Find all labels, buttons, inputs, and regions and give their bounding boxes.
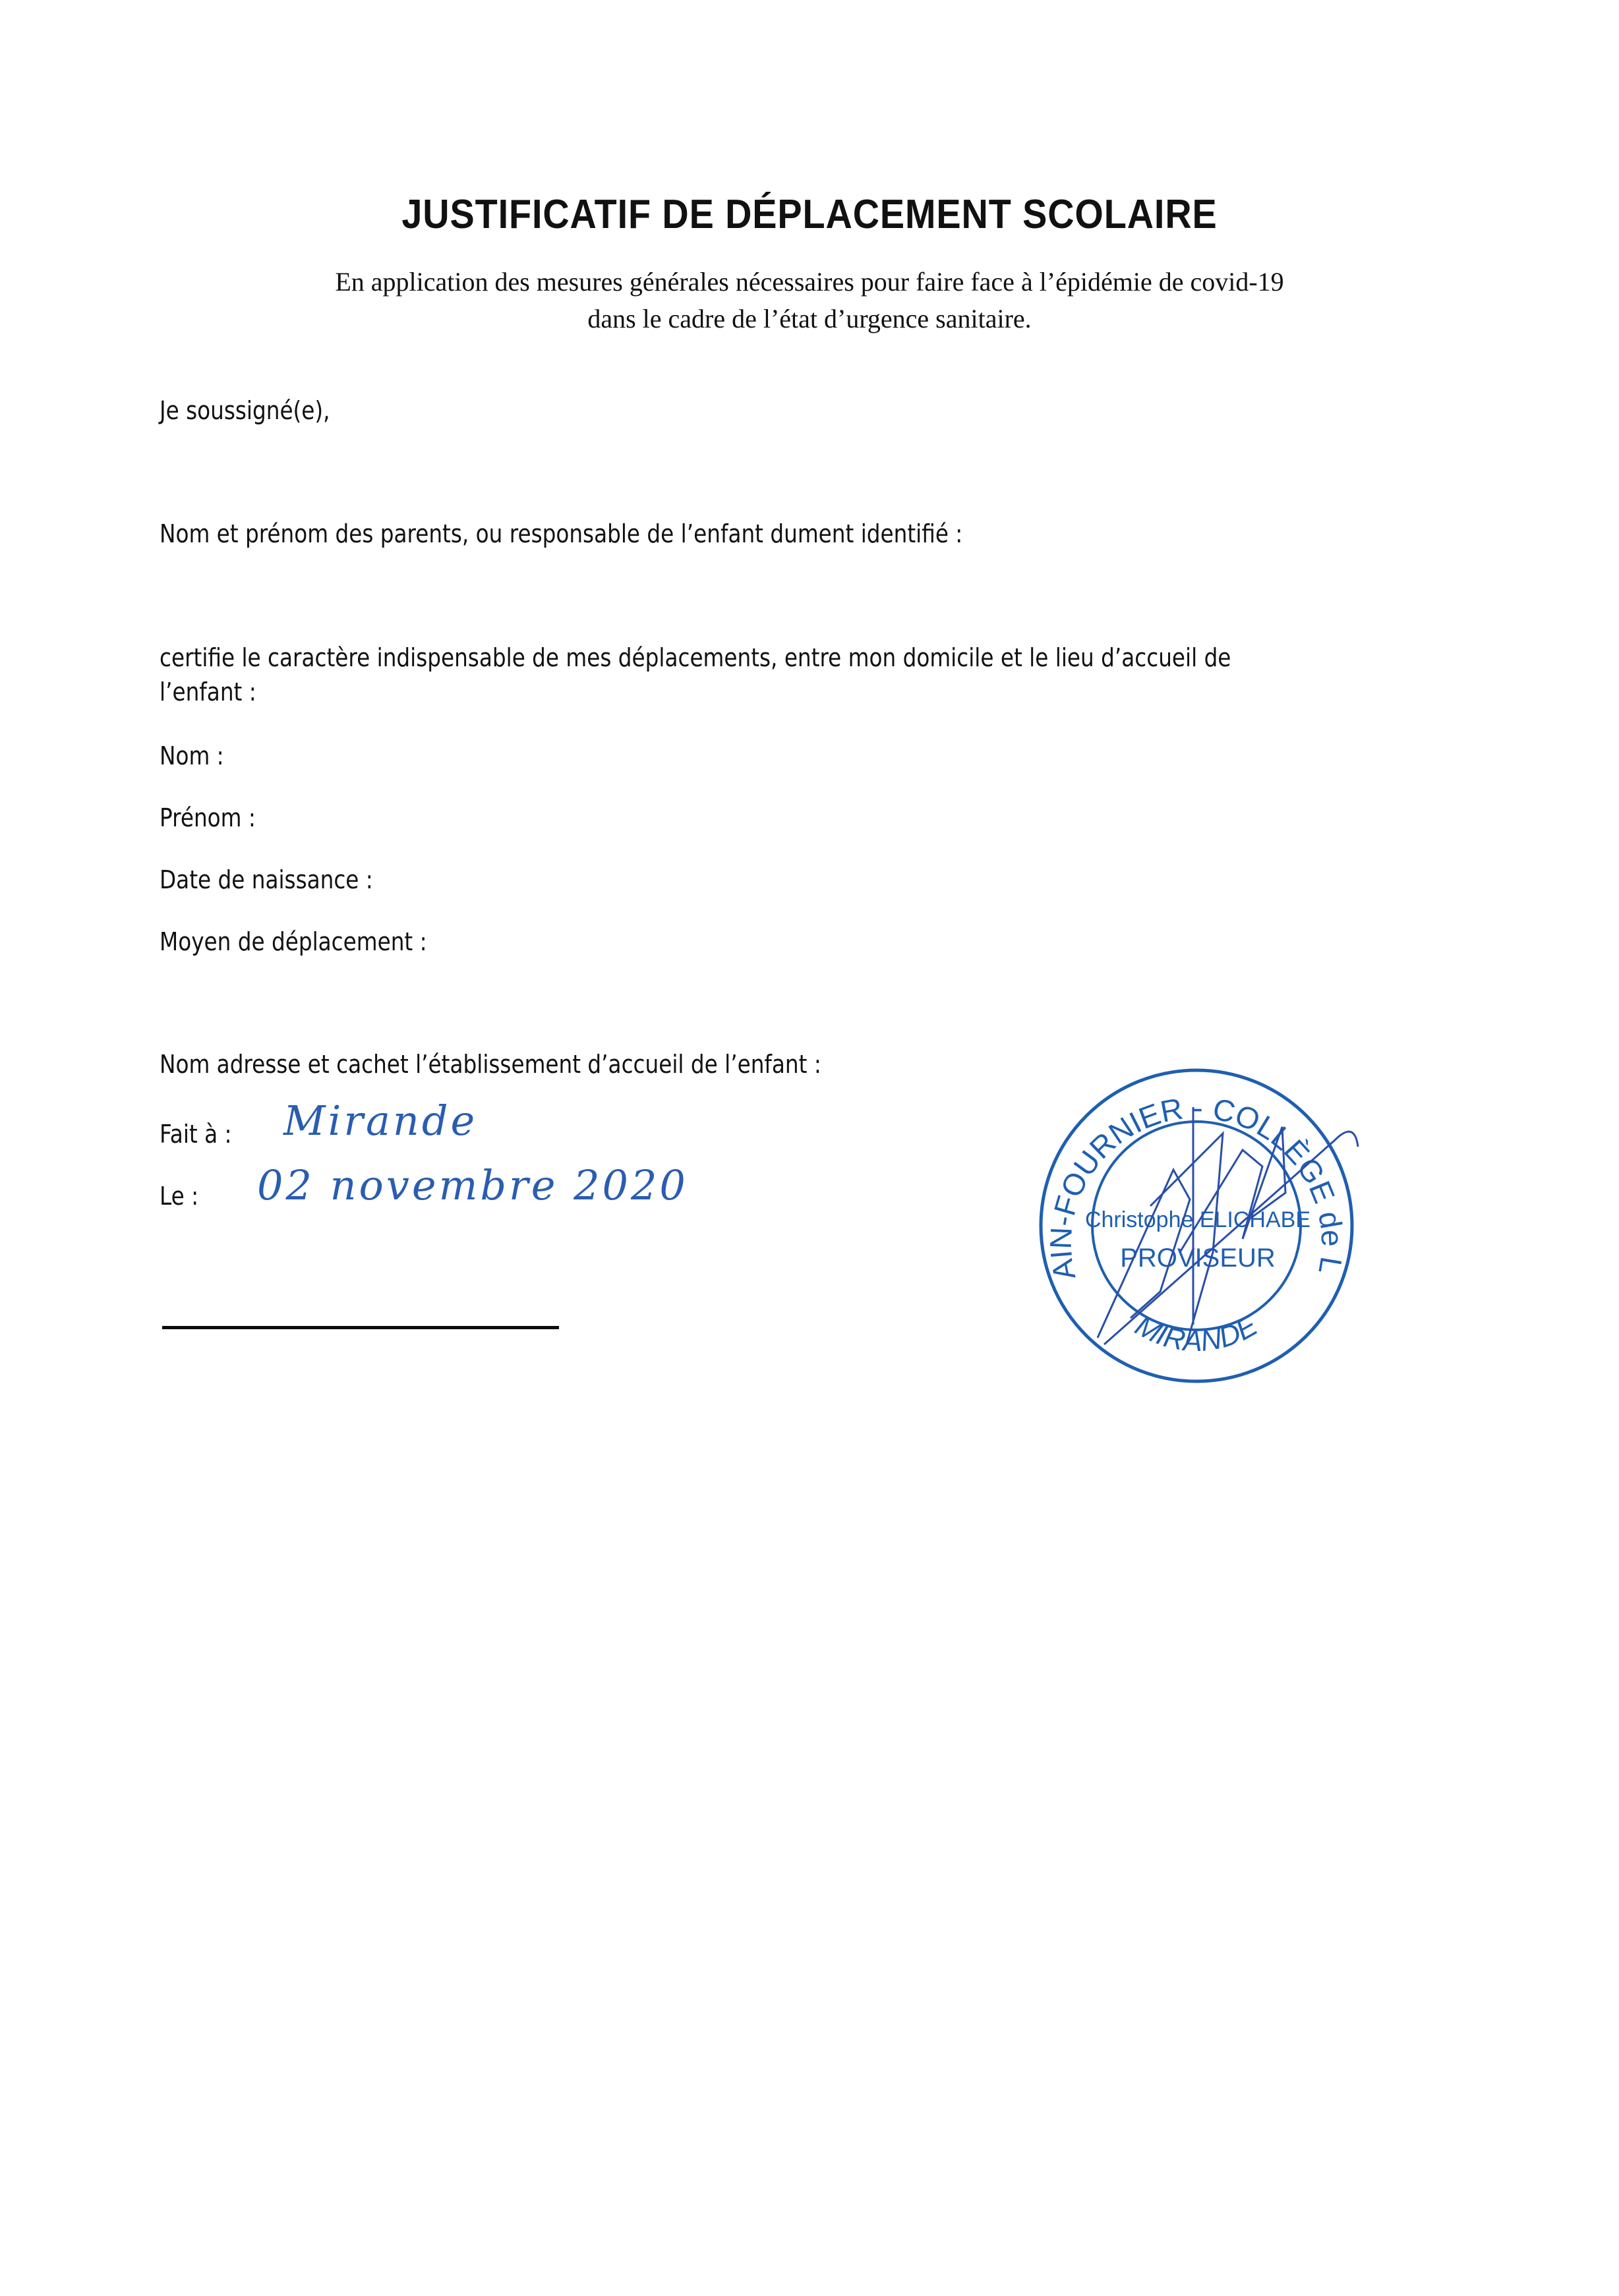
stamp-bottom-text: MIRANDE xyxy=(1130,1309,1263,1358)
child-birthdate-field-label: Date de naissance : xyxy=(160,863,373,896)
fait-a-handwritten-value: Mirande xyxy=(283,1097,477,1145)
subtitle-line-1: En application des mesures générales néc… xyxy=(0,264,1619,301)
certify-line-1: certifie le caractère indispensable de m… xyxy=(160,641,1231,674)
child-prenom-field-label: Prénom : xyxy=(160,801,256,834)
parent-name-field-label: Nom et prénom des parents, ou responsabl… xyxy=(160,517,962,550)
date-label: Le : xyxy=(160,1180,198,1213)
intro-text: Je soussigné(e), xyxy=(160,394,330,427)
subtitle-line-2: dans le cadre de l’état d’urgence sanita… xyxy=(0,301,1619,337)
transport-field-label: Moyen de déplacement : xyxy=(160,925,427,958)
certify-line-2: l’enfant : xyxy=(160,675,256,708)
document-page: JUSTIFICATIF DE DÉPLACEMENT SCOLAIRE En … xyxy=(0,0,1619,2296)
svg-text:MIRANDE: MIRANDE xyxy=(1130,1309,1263,1358)
fait-a-label: Fait à : xyxy=(160,1118,232,1151)
date-handwritten-value: 02 novembre 2020 xyxy=(257,1161,688,1209)
school-stamp-icon: LYCÉE ALAIN-FOURNIER - COLLÈGE de L'ASTA… xyxy=(1025,1054,1368,1397)
stamp-role: PROVISEUR xyxy=(1120,1244,1276,1273)
document-title: JUSTIFICATIF DE DÉPLACEMENT SCOLAIRE xyxy=(81,191,1538,238)
signature-line xyxy=(162,1326,559,1329)
establishment-field-label: Nom adresse et cachet l’établissement d’… xyxy=(160,1048,821,1081)
child-nom-field-label: Nom : xyxy=(160,739,224,772)
stamp-name: Christophe ELICHABE xyxy=(1085,1207,1310,1232)
